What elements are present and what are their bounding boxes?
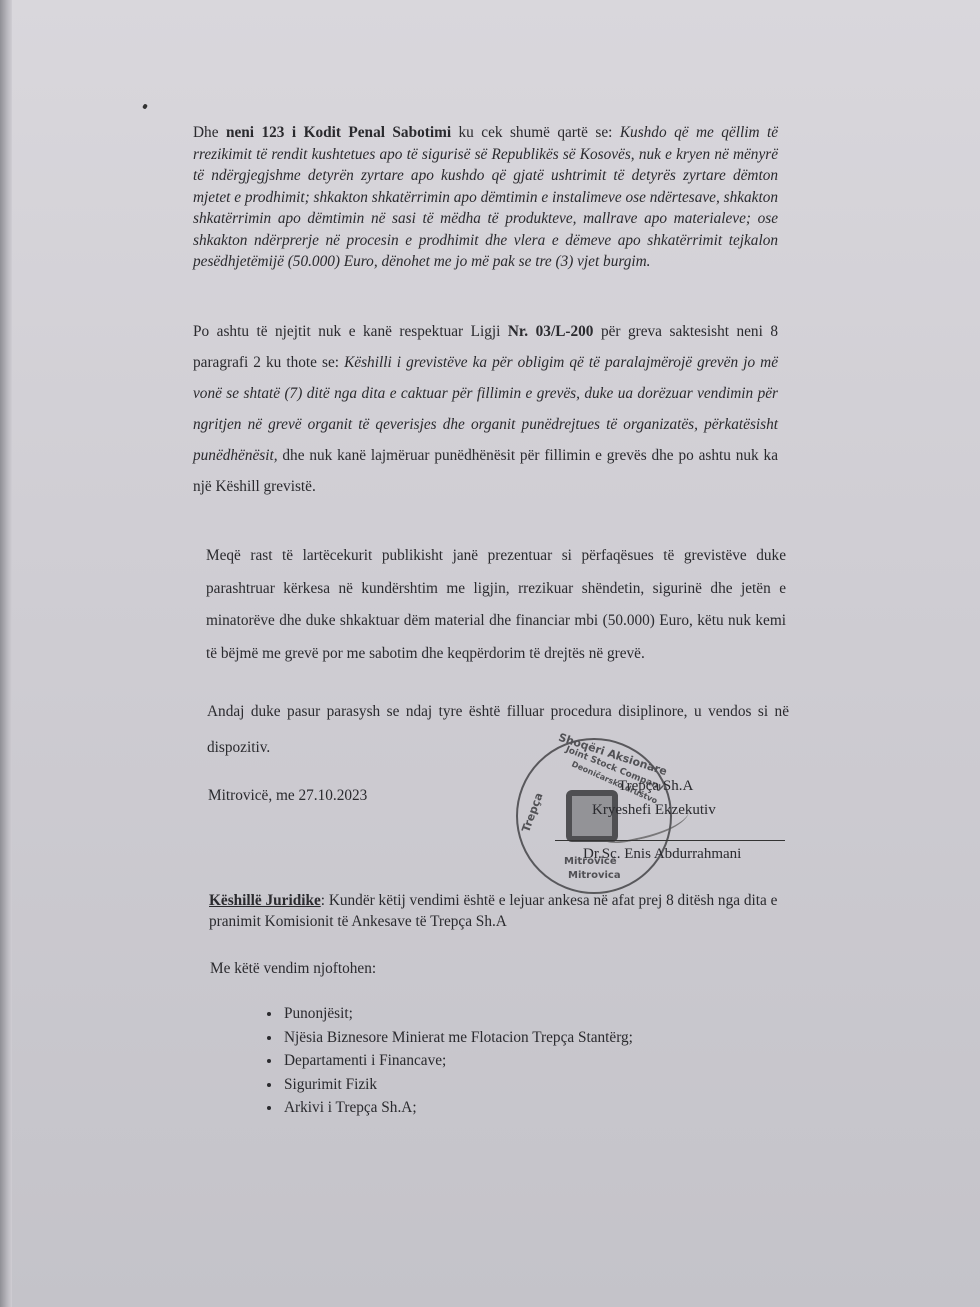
signature-line (555, 840, 785, 841)
list-item: Arkivi i Trepça Sh.A; (282, 1096, 633, 1120)
paper-speck (142, 103, 148, 109)
para1-intro: Dhe (193, 124, 226, 141)
paragraph-strike-law: Po ashtu të njejtit nuk e kanë respektua… (193, 316, 778, 502)
law-number: Nr. 03/L-200 (508, 323, 594, 340)
para2-intro: Po ashtu të njejtit nuk e kanë respektua… (193, 323, 508, 340)
page-edge-shadow (0, 0, 12, 1307)
notified-heading: Me këtë vendim njoftohen: (210, 960, 376, 978)
para2-end: dhe nuk kanë lajmëruar punëdhënësit për … (193, 447, 778, 495)
signature-name: Dr.Sc. Enis Abdurrahmani (583, 846, 741, 863)
list-item: Punonjësit; (282, 1002, 633, 1026)
penal-code-reference: neni 123 i Kodit Penal Sabotimi (226, 124, 451, 141)
legal-advice: Këshillë Juridike: Kundër këtij vendimi … (209, 890, 799, 932)
paragraph-penal-code: Dhe neni 123 i Kodit Penal Sabotimi ku c… (193, 122, 778, 273)
para1-mid: ku cek shumë qartë se: (451, 124, 620, 141)
recipients-list: Punonjësit; Njësia Biznesore Minierat me… (258, 1002, 633, 1120)
stamp-bottom-text2: Mitrovica (568, 870, 621, 881)
signature-company: Trepça Sh.A (618, 778, 693, 795)
paragraph-decision: Andaj duke pasur parasysh se ndaj tyre ë… (207, 694, 789, 766)
paragraph-sabotage: Meqë rast të lartëcekurit publikisht jan… (206, 540, 786, 670)
legal-advice-label: Këshillë Juridike (209, 892, 321, 909)
list-item: Departamenti i Financave; (282, 1049, 633, 1073)
list-item: Njësia Biznesore Minierat me Flotacion T… (282, 1026, 633, 1050)
penal-code-quote: Kushdo që me qëllim të rrezikimit të ren… (193, 124, 778, 270)
date-line: Mitrovicë, me 27.10.2023 (208, 787, 367, 805)
stamp-left-text: Trepça (519, 791, 545, 834)
list-item: Sigurimit Fizik (282, 1073, 633, 1097)
